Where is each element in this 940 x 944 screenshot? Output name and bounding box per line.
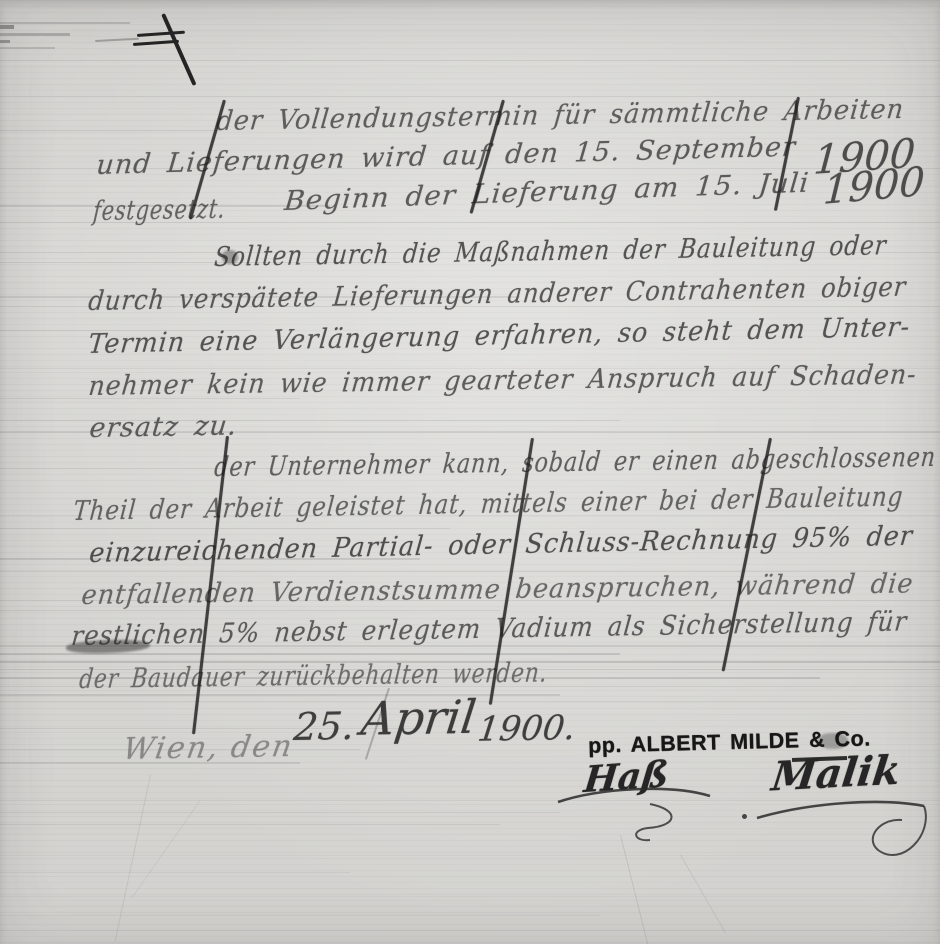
dateline-place: Wien, den: [120, 729, 296, 767]
scan-streak: [0, 25, 14, 29]
handwritten-line: der Vollendungstermin für sämmtliche Arb…: [215, 94, 906, 137]
paper-scratch: [115, 775, 151, 941]
handwritten-line: Termin eine Verlängerung erfahren, so st…: [87, 312, 912, 360]
handwritten-line: entfallenden Verdienstsumme beanspruchen…: [80, 568, 915, 611]
cancellation-bar: [137, 31, 185, 38]
scan-streak: [0, 130, 220, 131]
paper-scratch: [131, 800, 201, 899]
cancellation-bar-faint: [95, 38, 139, 42]
dateline-year: 1900.: [475, 708, 577, 750]
scan-streak: [0, 528, 450, 529]
signature-left-flourish: [550, 770, 720, 860]
handwritten-year: 1900: [822, 159, 926, 214]
scan-streak: [0, 40, 10, 43]
handwritten-line: Theil der Arbeit geleistet hat, mittels …: [72, 481, 905, 527]
scan-streak: [0, 872, 350, 873]
dateline-day: 25.: [292, 704, 356, 749]
scan-streak: [0, 930, 940, 931]
scan-streak: [0, 60, 940, 61]
scan-streak: [0, 22, 130, 24]
handwritten-line: nehmer kein wie immer gearteter Anspruch…: [87, 359, 918, 402]
cancellation-slash: [161, 13, 196, 86]
dateline-month: April: [358, 690, 479, 746]
scan-streak: [0, 33, 70, 36]
handwritten-line: ersatz zu.: [88, 410, 239, 444]
period-dot: [742, 814, 747, 819]
cancellation-bar: [133, 40, 179, 46]
scanned-document-page: der Vollendungstermin für sämmtliche Arb…: [0, 0, 940, 944]
handwritten-line: restlichen 5% nebst erlegtem Vadium als …: [70, 606, 909, 652]
scan-streak: [0, 824, 500, 825]
paper-scratch: [680, 855, 726, 933]
scan-streak: [0, 812, 560, 813]
handwritten-line: festgesetzt.: [92, 194, 227, 227]
dateline: Wien, den 25. April 1900.: [117, 686, 579, 786]
scan-streak: [0, 915, 600, 916]
handwritten-line: Beginn der Lieferung am 15. Juli: [283, 168, 811, 217]
scan-streak: [0, 47, 55, 49]
handwritten-line: der Unternehmer kann, sobald er einen ab…: [213, 442, 937, 483]
signature-right-flourish: [752, 790, 932, 900]
handwritten-line: durch verspätete Lieferungen anderer Con…: [87, 272, 908, 317]
handwritten-line: Sollten durch die Maßnahmen der Bauleitu…: [213, 230, 888, 273]
scan-streak: [0, 610, 500, 611]
scan-streak: [0, 653, 620, 655]
